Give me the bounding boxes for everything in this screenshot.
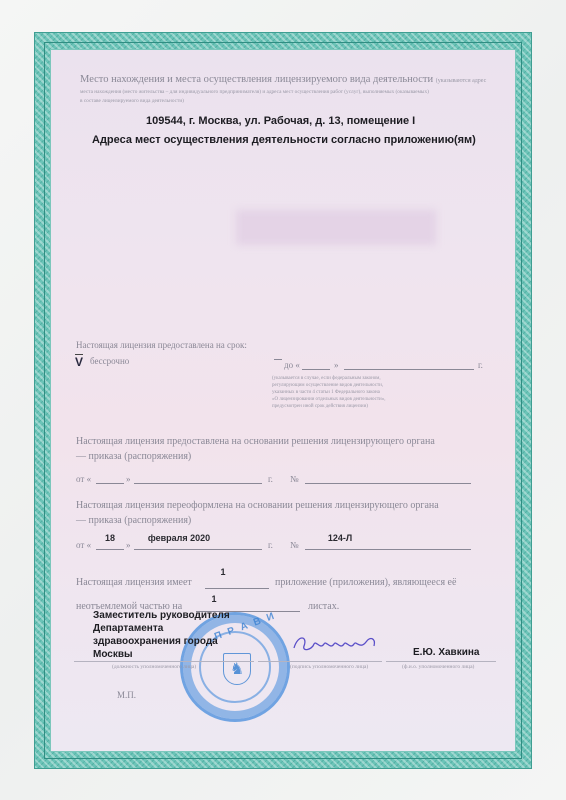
until-mid: » bbox=[334, 360, 339, 370]
until-prefix: до « bbox=[284, 360, 300, 370]
signatory-position-2: Департамента bbox=[93, 623, 163, 634]
term-label: Настоящая лицензия предоставлена на срок… bbox=[76, 340, 247, 350]
reissued-number: 124-Л bbox=[305, 533, 375, 543]
location-note-line2: места нахождения (место жительства – для… bbox=[80, 88, 429, 96]
handwritten-signature bbox=[290, 632, 380, 656]
signatory-position-4: Москвы bbox=[93, 649, 133, 660]
reissued-from-prefix: от « bbox=[76, 540, 91, 550]
appendix-count: 1 bbox=[205, 567, 241, 577]
addresses-note: Адреса мест осуществления деятельности с… bbox=[92, 134, 476, 146]
signatory-position-3: здравоохранения города bbox=[93, 636, 218, 647]
granted-line1: Настоящая лицензия предоставлена на осно… bbox=[76, 436, 435, 447]
reissued-day: 18 bbox=[96, 533, 124, 543]
granted-number-label: № bbox=[290, 474, 299, 484]
option-indefinite-label: бессрочно bbox=[90, 356, 129, 366]
location-heading: Место нахождения и места осуществления л… bbox=[80, 74, 486, 85]
location-note-line3: в составе лицензируемого вида деятельнос… bbox=[80, 97, 184, 105]
reissued-line2: — приказа (распоряжения) bbox=[76, 515, 191, 526]
until-suffix: г. bbox=[478, 360, 483, 370]
name-line bbox=[386, 661, 496, 662]
appendix-line1-prefix: Настоящая лицензия имеет bbox=[76, 577, 192, 588]
reissued-from-mid: » bbox=[126, 540, 131, 550]
granted-number-field[interactable] bbox=[305, 483, 471, 484]
caption-position: (должность уполномоченного лица) bbox=[112, 664, 196, 670]
granted-from-prefix: от « bbox=[76, 474, 91, 484]
checkbox-until-date[interactable] bbox=[274, 359, 282, 367]
granted-year-suffix: г. bbox=[268, 474, 273, 484]
caption-name: (ф.и.о. уполномоченного лица) bbox=[402, 664, 474, 670]
appendix-line2-suffix: листах. bbox=[308, 601, 339, 612]
granted-month-field[interactable] bbox=[134, 483, 262, 484]
checkbox-indefinite[interactable]: V bbox=[75, 354, 83, 369]
appendix-sheets: 1 bbox=[196, 594, 232, 604]
granted-line2: — приказа (распоряжения) bbox=[76, 451, 191, 462]
appendix-count-field[interactable] bbox=[205, 588, 269, 589]
reissued-number-label: № bbox=[290, 540, 299, 550]
address: 109544, г. Москва, ул. Рабочая, д. 13, п… bbox=[146, 115, 415, 127]
location-note-inline: (указываются адрес bbox=[436, 78, 487, 84]
reissued-line1: Настоящая лицензия переоформлена на осно… bbox=[76, 500, 439, 511]
official-stamp: ♞ П Р А В И bbox=[180, 612, 290, 722]
signatory-name: Е.Ю. Хавкина bbox=[413, 647, 479, 658]
seal-label: М.П. bbox=[117, 690, 136, 700]
position-line bbox=[74, 661, 254, 662]
until-month-field[interactable] bbox=[344, 369, 474, 370]
signature-line bbox=[258, 661, 382, 662]
reissued-year-suffix: г. bbox=[268, 540, 273, 550]
appendix-line1-suffix: приложение (приложения), являющееся её bbox=[275, 577, 456, 588]
coat-of-arms-icon: ♞ bbox=[223, 653, 251, 685]
caption-signature: (подпись уполномоченного лица) bbox=[290, 664, 368, 670]
reissued-day-field[interactable] bbox=[96, 549, 124, 550]
reissued-month-year: февраля 2020 bbox=[134, 533, 224, 543]
granted-from-mid: » bbox=[126, 474, 131, 484]
reissued-month-field[interactable] bbox=[134, 549, 262, 550]
granted-day-field[interactable] bbox=[96, 483, 124, 484]
reissued-number-field[interactable] bbox=[305, 549, 471, 550]
watermark bbox=[236, 210, 436, 245]
location-heading-text: Место нахождения и места осуществления л… bbox=[80, 74, 433, 85]
term-footnote-5: предусмотрен иной срок действия лицензии… bbox=[272, 403, 368, 411]
until-day-field[interactable] bbox=[302, 369, 330, 370]
signatory-position-1: Заместитель руководителя bbox=[93, 610, 230, 621]
